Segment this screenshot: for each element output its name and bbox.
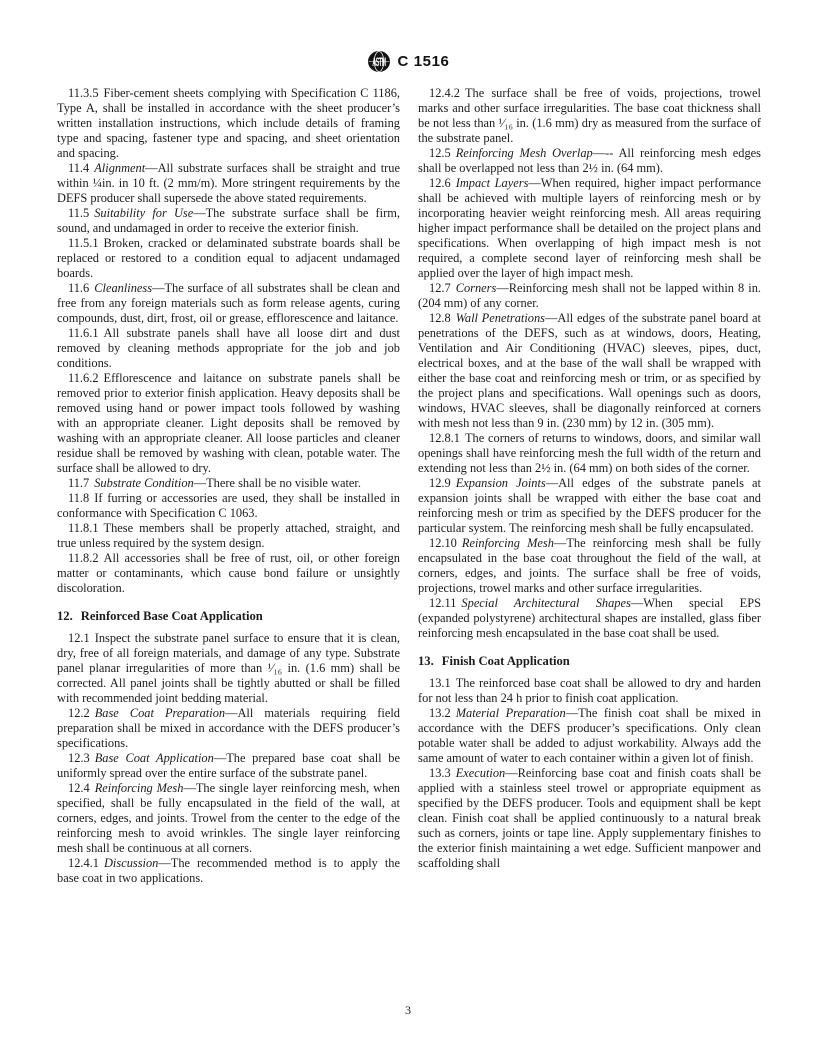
clause-title: Discussion: [104, 856, 158, 870]
clause-11.4: 11.4Alignment—All substrate surfaces sha…: [57, 161, 400, 206]
clause-title: Impact Layers: [456, 176, 529, 190]
clause-11.3.5: 11.3.5Fiber-cement sheets complying with…: [57, 86, 400, 161]
clause-title: Corners: [456, 281, 497, 295]
clause-title: Special Architectural Shapes: [461, 596, 630, 610]
clause-12.3: 12.3Base Coat Application—The prepared b…: [57, 751, 400, 781]
clause-text: If furring or accessories are used, they…: [57, 491, 400, 520]
clause-number: 12.3: [68, 751, 90, 765]
clause-number: 11.6.2: [68, 371, 99, 385]
clause-number: 11.6.1: [68, 326, 99, 340]
clause-number: 11.8: [68, 491, 89, 505]
clause-11.5: 11.5Suitability for Use—The substrate su…: [57, 206, 400, 236]
document-footer: 3: [0, 1001, 816, 1019]
clause-number: 12.5: [429, 146, 451, 160]
clause-12.4: 12.4Reinforcing Mesh—The single layer re…: [57, 781, 400, 856]
clause-11.6.2: 11.6.2Efflorescence and laitance on subs…: [57, 371, 400, 476]
section-heading: 13.Finish Coat Application: [418, 654, 761, 669]
clause-number: 11.8.1: [68, 521, 99, 535]
clause-title: Base Coat Application: [95, 751, 214, 765]
clause-text: Efflorescence and laitance on substrate …: [57, 371, 400, 475]
clause-11.8.2: 11.8.2All accessories shall be free of r…: [57, 551, 400, 596]
clause-12.5: 12.5Reinforcing Mesh Overlap—-- All rein…: [418, 146, 761, 176]
clause-12.6: 12.6Impact Layers—When required, higher …: [418, 176, 761, 281]
clause-number: 11.5: [68, 206, 89, 220]
clause-12.11: 12.11Special Architectural Shapes—When s…: [418, 596, 761, 641]
clause-number: 12.4.2: [429, 86, 460, 100]
clause-11.8.1: 11.8.1These members shall be properly at…: [57, 521, 400, 551]
clause-title: Expansion Joints: [456, 476, 546, 490]
document-number: C 1516: [398, 53, 450, 70]
document-body: 11.3.5Fiber-cement sheets complying with…: [57, 86, 761, 886]
document-page: ASTM C 1516 11.3.5Fiber-cement sheets co…: [0, 0, 816, 1056]
clause-number: 12.4: [68, 781, 90, 795]
clause-number: 11.7: [68, 476, 89, 490]
section-number: 13.: [418, 654, 434, 668]
clause-title: Cleanliness: [94, 281, 152, 295]
clause-number: 12.8: [429, 311, 451, 325]
clause-title: Base Coat Preparation: [95, 706, 225, 720]
clause-number: 12.6: [429, 176, 451, 190]
left-column: 11.3.5Fiber-cement sheets complying with…: [57, 86, 400, 886]
clause-number: 12.11: [429, 596, 456, 610]
clause-number: 12.8.1: [429, 431, 460, 445]
clause-text: —When required, higher impact performanc…: [418, 176, 761, 280]
clause-text: All accessories shall be free of rust, o…: [57, 551, 400, 595]
svg-text:ASTM: ASTM: [372, 56, 385, 69]
clause-13.2: 13.2Material Preparation—The finish coat…: [418, 706, 761, 766]
clause-title: Material Preparation: [456, 706, 566, 720]
clause-11.7: 11.7Substrate Condition—There shall be n…: [57, 476, 400, 491]
clause-12.8.1: 12.8.1The corners of returns to windows,…: [418, 431, 761, 476]
clause-text: The surface shall be free of voids, proj…: [418, 86, 761, 145]
clause-number: 11.3.5: [68, 86, 99, 100]
clause-text: —Reinforcing base coat and finish coats …: [418, 766, 761, 870]
clause-12.1: 12.1Inspect the substrate panel surface …: [57, 631, 400, 706]
clause-number: 12.1: [68, 631, 90, 645]
clause-number: 12.7: [429, 281, 451, 295]
clause-11.8: 11.8If furring or accessories are used, …: [57, 491, 400, 521]
clause-12.4.1: 12.4.1Discussion—The recommended method …: [57, 856, 400, 886]
section-title: Reinforced Base Coat Application: [81, 609, 263, 623]
clause-number: 11.8.2: [68, 551, 99, 565]
clause-text: —There shall be no visible water.: [194, 476, 361, 490]
clause-title: Wall Penetrations: [456, 311, 545, 325]
clause-13.3: 13.3Execution—Reinforcing base coat and …: [418, 766, 761, 871]
clause-number: 12.2: [68, 706, 90, 720]
clause-title: Reinforcing Mesh: [95, 781, 184, 795]
clause-text: Fiber-cement sheets complying with Speci…: [57, 86, 400, 160]
clause-text: The reinforced base coat shall be allowe…: [418, 676, 761, 705]
clause-number: 13.1: [429, 676, 451, 690]
clause-title: Reinforcing Mesh: [462, 536, 554, 550]
section-title: Finish Coat Application: [442, 654, 570, 668]
clause-11.5.1: 11.5.1Broken, cracked or delaminated sub…: [57, 236, 400, 281]
page-number: 3: [405, 1003, 411, 1017]
clause-number: 12.9: [429, 476, 451, 490]
section-number: 12.: [57, 609, 73, 623]
clause-text: All substrate panels shall have all loos…: [57, 326, 400, 370]
clause-number: 13.2: [429, 706, 451, 720]
clause-12.4.2: 12.4.2The surface shall be free of voids…: [418, 86, 761, 146]
clause-number: 12.4.1: [68, 856, 99, 870]
clause-12.9: 12.9Expansion Joints—All edges of the su…: [418, 476, 761, 536]
clause-12.8: 12.8Wall Penetrations—All edges of the s…: [418, 311, 761, 431]
section-heading: 12.Reinforced Base Coat Application: [57, 609, 400, 624]
clause-number: 11.4: [68, 161, 89, 175]
clause-12.10: 12.10Reinforcing Mesh—The reinforcing me…: [418, 536, 761, 596]
clause-title: Substrate Condition: [94, 476, 193, 490]
clause-text: —All edges of the substrate panel board …: [418, 311, 761, 430]
clause-text: Broken, cracked or delaminated substrate…: [57, 236, 400, 280]
clause-title: Suitability for Use: [94, 206, 193, 220]
astm-logo-icon: ASTM: [367, 50, 391, 73]
clause-title: Execution: [456, 766, 506, 780]
clause-13.1: 13.1The reinforced base coat shall be al…: [418, 676, 761, 706]
clause-title: Alignment: [94, 161, 145, 175]
clause-text: The corners of returns to windows, doors…: [418, 431, 761, 475]
clause-number: 11.5.1: [68, 236, 99, 250]
clause-text: These members shall be properly attached…: [57, 521, 400, 550]
document-header: ASTM C 1516: [0, 50, 816, 73]
clause-title: Reinforcing Mesh Overlap: [456, 146, 593, 160]
clause-number: 11.6: [68, 281, 89, 295]
clause-11.6.1: 11.6.1All substrate panels shall have al…: [57, 326, 400, 371]
clause-11.6: 11.6Cleanliness—The surface of all subst…: [57, 281, 400, 326]
clause-12.7: 12.7Corners—Reinforcing mesh shall not b…: [418, 281, 761, 311]
clause-number: 12.10: [429, 536, 457, 550]
right-column: 12.4.2The surface shall be free of voids…: [418, 86, 761, 886]
clause-12.2: 12.2Base Coat Preparation—All materials …: [57, 706, 400, 751]
clause-number: 13.3: [429, 766, 451, 780]
clause-text: Inspect the substrate panel surface to e…: [57, 631, 400, 705]
